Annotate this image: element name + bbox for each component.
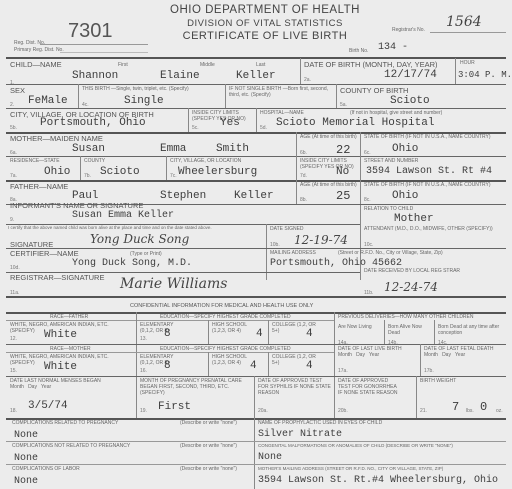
race-mother-value: White	[44, 361, 77, 373]
child-first-name: Shannon	[72, 70, 118, 82]
congenital-label: CONGENITAL MALFORMATIONS OR ANOMALIES OF…	[258, 443, 453, 448]
father-age-label: AGE (At time of this birth)	[300, 182, 358, 188]
father-high-school: 4	[256, 328, 263, 340]
hospital-value: Scioto Memorial Hospital	[276, 117, 434, 129]
father-elementary: 8	[164, 328, 171, 340]
mother-mailing-label: MOTHER'S MAILING ADDRESS (Street or R.F.…	[258, 466, 443, 471]
mother-high-school: 4	[250, 360, 257, 372]
father-middle-name: Stephen	[160, 190, 206, 202]
hour-value: 3:04 P. M.	[458, 70, 512, 80]
father-college: 4	[306, 328, 313, 340]
father-name-label: FATHER—NAME	[10, 182, 68, 191]
dept-title: OHIO DEPARTMENT OF HEALTH	[160, 4, 370, 16]
dob-label: DATE OF BIRTH (Month, Day, Year)	[304, 60, 438, 69]
prenatal-label: MONTH OF PREGNANCY PRENATAL CARE BEGAN F…	[140, 378, 250, 396]
residence-state-value: Ohio	[44, 166, 70, 178]
date-received-label: DATE RECEIVED BY LOCAL REG STRAR	[364, 268, 460, 274]
certificate-title: CERTIFICATE OF LIVE BIRTH	[160, 30, 370, 42]
birth-weight-label: BIRTH WEIGHT	[420, 378, 456, 384]
county-birth-value: Scioto	[390, 95, 430, 107]
mother-middle-name: Emma	[160, 143, 186, 155]
sex-label: SEX	[10, 86, 25, 95]
primary-reg-label: Primary Reg. Dist. No.	[14, 47, 64, 53]
sex-value: FeMale	[28, 95, 68, 107]
birth-weight-oz: 0	[480, 400, 487, 414]
father-state-birth-label: STATE OF BIRTH (If not in U.S.A., name c…	[364, 182, 491, 188]
comp-labor-label: COMPLICATIONS OF LABOR	[12, 466, 80, 472]
residence-city-label: CITY, VILLAGE, OR LOCATION	[170, 158, 241, 164]
father-state-birth-value: Ohio	[392, 190, 418, 202]
syphilis-label: DATE OF APPROVED TEST FOR SYPHILIS IF NO…	[258, 378, 332, 396]
comp-preg-label: COMPLICATIONS RELATED TO PREGNANCY	[12, 420, 118, 426]
mother-elementary: 8	[164, 360, 171, 372]
date-signed-label: DATE SIGNED	[270, 226, 304, 232]
hospital-label: HOSPITAL—NAME	[260, 110, 304, 116]
father-age-value: 25	[336, 189, 350, 203]
gonorrhea-label: DATE OF APPROVED TEST FOR GONORRHEA IF N…	[338, 378, 400, 396]
certifier-name-label: CERTIFIER—NAME	[10, 249, 79, 258]
county-birth-label: COUNTY OF BIRTH	[340, 86, 408, 95]
comp-preg-value: None	[14, 430, 38, 441]
residence-inside-label: INSIDE CITY LIMITS (Specify yes or no)	[300, 158, 358, 170]
mother-college: 4	[306, 360, 313, 372]
certify-statement: I certify that the above named child was…	[8, 225, 264, 230]
mother-last-name: Smith	[216, 143, 249, 155]
reg-dist-value: 7301	[68, 20, 113, 43]
inside-city-value: Yes	[220, 117, 240, 129]
certifier-signature: Yong Duck Song	[90, 232, 189, 246]
mother-name-label: MOTHER—MAIDEN NAME	[10, 134, 103, 143]
informant-label: INFORMANT'S NAME OR SIGNATURE	[10, 201, 143, 210]
confidential-heading: CONFIDENTIAL INFORMATION FOR MEDICAL AND…	[130, 303, 313, 309]
mother-state-birth-label: STATE OF BIRTH (If not in U.S.A., name c…	[364, 134, 491, 140]
residence-state-label: RESIDENCE—STATE	[10, 158, 60, 164]
mother-first-name: Susan	[72, 143, 105, 155]
mother-age-value: 22	[336, 143, 350, 157]
residence-county-label: COUNTY	[84, 158, 105, 164]
attendant-label: ATTENDANT (M.D., D.O., midwife, other (s…	[364, 226, 504, 232]
birth-no-value: 134 -	[378, 42, 408, 53]
registrar-signature: Marie Williams	[120, 276, 227, 292]
if-not-single-label: IF NOT SINGLE BIRTH —Born first, second,…	[229, 86, 334, 98]
prenatal-value: First	[158, 401, 191, 413]
race-father-value: White	[44, 329, 77, 341]
prophylactic-value: Silver Nitrate	[258, 429, 342, 440]
informant-name: Susan Emma Keller	[72, 210, 174, 221]
father-last-name: Keller	[234, 190, 274, 202]
reg-dist-label: Reg. Dist. No.	[14, 40, 45, 46]
birth-certificate: OHIO DEPARTMENT OF HEALTH DIVISION OF VI…	[0, 0, 512, 489]
child-name-label: CHILD—NAME	[10, 60, 62, 69]
certifier-name: Yong Duck Song, M.D.	[72, 258, 192, 269]
mother-state-birth-value: Ohio	[392, 143, 418, 155]
child-middle-name: Elaine	[160, 70, 200, 82]
congenital-value: None	[258, 452, 282, 463]
birth-weight-lbs: 7	[452, 400, 459, 414]
this-birth-value: Single	[124, 95, 164, 107]
registrar-no-value: 1564	[446, 14, 482, 30]
hour-label: HOUR	[460, 60, 475, 66]
registrar-no-label: Registrar's No.	[392, 27, 425, 33]
division-title: DIVISION OF VITAL STATISTICS	[160, 18, 370, 29]
comp-not-preg-value: None	[14, 453, 38, 464]
residence-city-value: Wheelersburg	[178, 166, 257, 178]
prophylactic-label: NAME OF PROPHYLACTIC USED IN EYES OF CHI…	[258, 420, 382, 426]
comp-labor-value: None	[14, 476, 38, 487]
relation-value: Mother	[394, 213, 434, 225]
street-label: STREET AND NUMBER	[364, 158, 418, 164]
street-value: 3594 Lawson St. Rt #4	[366, 166, 492, 177]
mailing-label: MAILING ADDRESS	[270, 250, 316, 256]
registrar-label: REGISTRAR—SIGNATURE	[10, 273, 104, 282]
this-birth-label: THIS BIRTH —Single, twin, triplet, etc. …	[82, 86, 222, 92]
dob-value: 12/17/74	[384, 69, 437, 81]
residence-county-value: Scioto	[100, 166, 140, 178]
mother-mailing-value: 3594 Lawson St. Rt.#4 Wheelersburg, Ohio	[258, 475, 498, 486]
comp-not-preg-label: COMPLICATIONS NOT RELATED TO PREGNANCY	[12, 443, 130, 449]
city-birth-value: Portsmouth, Ohio	[40, 117, 146, 129]
relation-label: RELATION TO CHILD	[364, 206, 413, 212]
residence-inside-value: No	[336, 166, 349, 178]
child-last-name: Keller	[236, 70, 276, 82]
previous-deliveries-label: PREVIOUS DELIVERIES—HOW MANY OTHER CHILD…	[338, 314, 474, 320]
mother-age-label: AGE (At time of this birth)	[300, 134, 358, 140]
date-received-value: 12-24-74	[384, 280, 438, 294]
birth-no-label: Birth No.	[349, 48, 368, 54]
date-signed-value: 12-19-74	[294, 233, 348, 247]
lmp-value: 3/5/74	[28, 400, 68, 412]
